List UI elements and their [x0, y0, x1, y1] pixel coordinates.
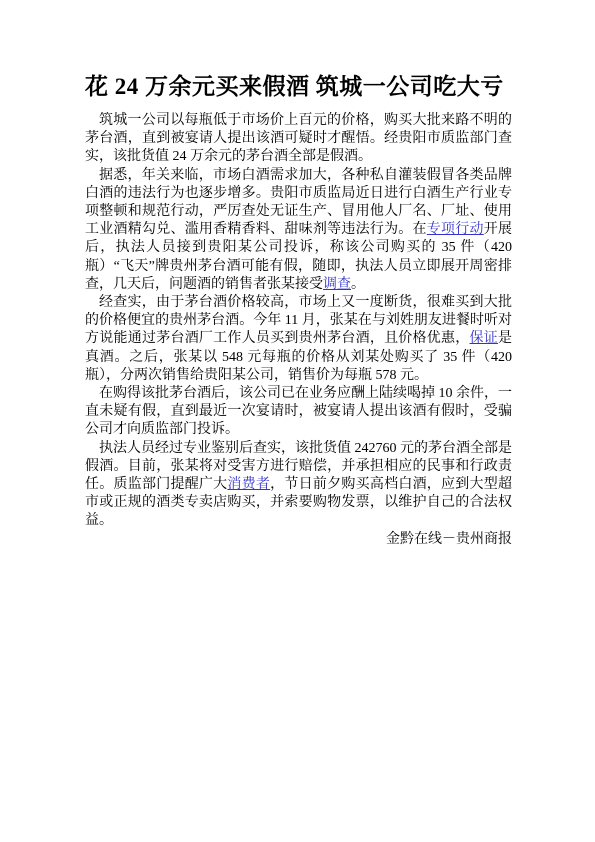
- inline-link[interactable]: 保证: [470, 331, 498, 346]
- paragraph: 在购得该批茅台酒后，该公司已在业务应酬上陆续喝掉 10 余件，一直未疑有假，直到…: [85, 385, 512, 440]
- paragraph-text: 筑城一公司以每瓶低于市场价上百元的价格，购买大批来路不明的茅台酒，直到被宴请人提…: [85, 113, 512, 164]
- paragraph: 执法人员经过专业鉴别后查实，该批货值 242760 元的茅台酒全部是假酒。目前，…: [85, 440, 512, 531]
- paragraph: 据悉，年关来临，市场白酒需求加大，各种私自灌装假冒各类品牌白酒的违法行为也逐步增…: [85, 167, 512, 294]
- paragraph-text: 在购得该批茅台酒后，该公司已在业务应酬上陆续喝掉 10 余件，一直未疑有假，直到…: [85, 386, 512, 437]
- document-page: 花 24 万余元买来假酒 筑城一公司吃大亏 筑城一公司以每瓶低于市场价上百元的价…: [0, 0, 595, 842]
- paragraph-text: 经查实，由于茅台酒价格较高，市场上又一度断货，很难买到大批的价格便宜的贵州茅台酒…: [85, 295, 512, 346]
- paragraph: 筑城一公司以每瓶低于市场价上百元的价格，购买大批来路不明的茅台酒，直到被宴请人提…: [85, 112, 512, 167]
- paragraph-text: 。: [351, 277, 365, 292]
- inline-link[interactable]: 消费者: [227, 477, 270, 492]
- inline-link[interactable]: 专项行动: [427, 222, 484, 237]
- byline: 金黔在线－贵州商报: [85, 531, 512, 549]
- article-title: 花 24 万余元买来假酒 筑城一公司吃大亏: [85, 72, 512, 102]
- paragraph: 经查实，由于茅台酒价格较高，市场上又一度断货，很难买到大批的价格便宜的贵州茅台酒…: [85, 294, 512, 385]
- inline-link[interactable]: 调查: [323, 277, 351, 292]
- article-body: 筑城一公司以每瓶低于市场价上百元的价格，购买大批来路不明的茅台酒，直到被宴请人提…: [85, 112, 512, 531]
